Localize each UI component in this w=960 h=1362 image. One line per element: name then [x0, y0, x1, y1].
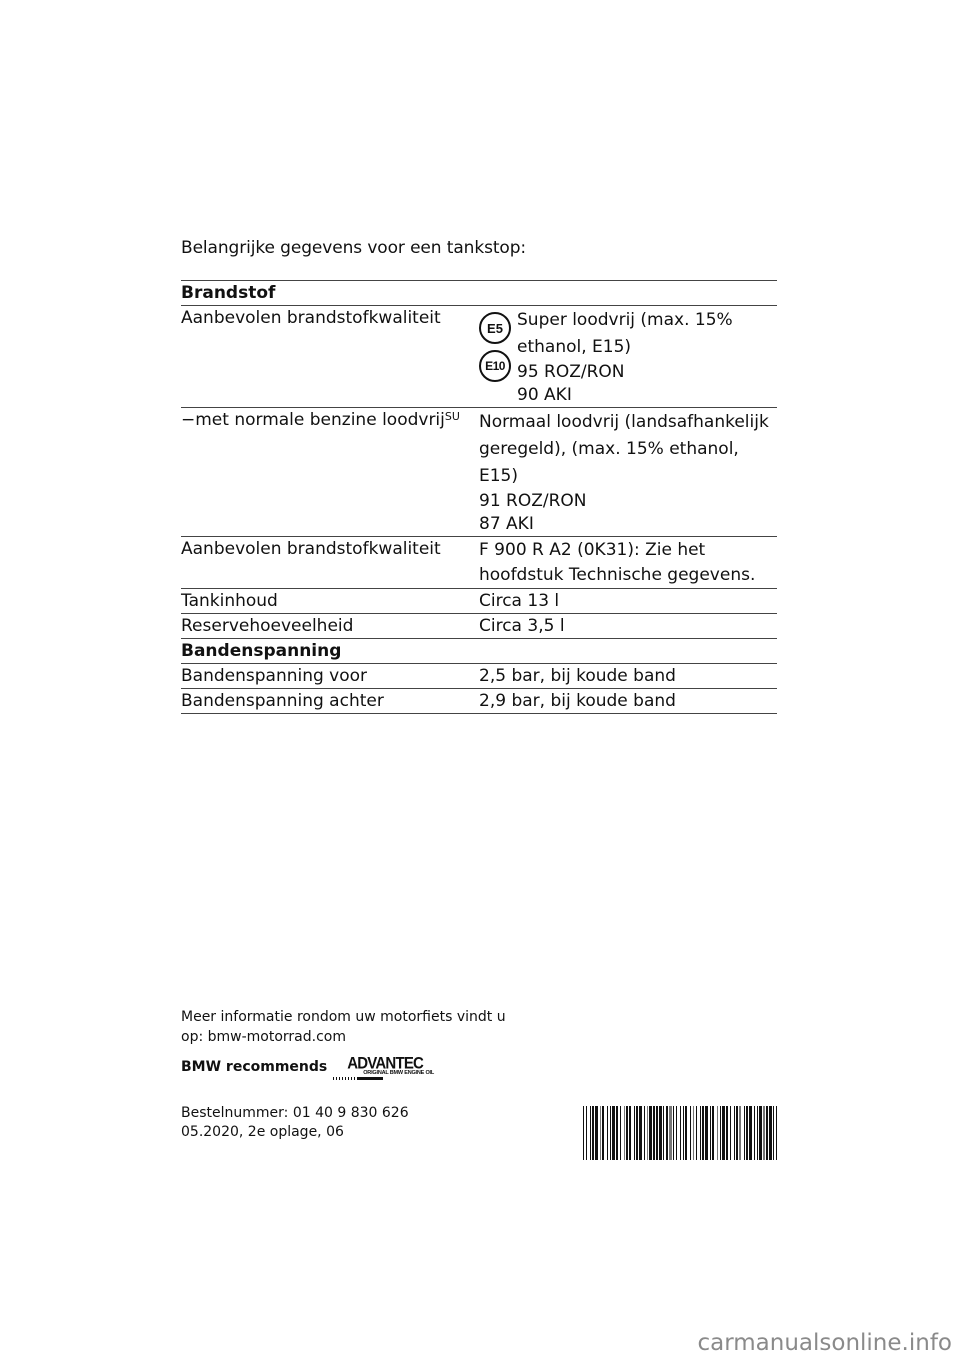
- recommends-text: BMW recommends: [181, 1059, 327, 1075]
- row-value: E5 E10 Super loodvrij (max. 15% ethanol,…: [479, 306, 777, 407]
- row-value: F 900 R A2 (0K31): Zie het hoofdstuk Tec…: [479, 537, 777, 588]
- section-heading: Bandenspanning: [181, 639, 341, 663]
- section-heading-tyre: Bandenspanning: [181, 639, 777, 664]
- row-label: −met normale benzine loodvrijSU: [181, 408, 479, 536]
- table-row: Tankinhoud Circa 13 l: [181, 589, 777, 614]
- more-info: Meer informatie rondom uw motorfiets vin…: [181, 1007, 506, 1047]
- advantec-logo: ADVANTEC ORIGINAL BMW ENGINE OIL: [333, 1055, 443, 1083]
- row-label: Bandenspanning voor: [181, 664, 479, 688]
- table-row: Bandenspanning achter 2,9 bar, bij koude…: [181, 689, 777, 714]
- table-row: −met normale benzine loodvrijSU Normaal …: [181, 408, 777, 537]
- info-line-url: op: bmw-motorrad.com: [181, 1027, 506, 1047]
- row-label: Tankinhoud: [181, 589, 479, 613]
- section-heading: Brandstof: [181, 281, 275, 305]
- e5-fuel-icon: E5: [479, 312, 511, 344]
- table-row: Aanbevolen brandstofkwaliteit E5 E10 Sup…: [181, 306, 777, 408]
- advantec-subtitle: ORIGINAL BMW ENGINE OIL: [363, 1070, 434, 1076]
- value-line: Super loodvrij (max. 15%: [517, 307, 733, 334]
- row-value: Normaal loodvrij (landsafhankelijk gereg…: [479, 408, 777, 536]
- order-info: Bestelnummer: 01 40 9 830 626 05.2020, 2…: [181, 1104, 409, 1142]
- table-row: Reservehoeveelheid Circa 3,5 l: [181, 614, 777, 639]
- row-label: Aanbevolen brandstofkwaliteit: [181, 537, 479, 588]
- value-line: E15): [479, 463, 777, 490]
- edition-info: 05.2020, 2e oplage, 06: [181, 1123, 409, 1142]
- fuel-badges: E5 E10: [479, 307, 521, 407]
- value-line: ethanol, E15): [517, 334, 733, 361]
- row-value: Circa 3,5 l: [479, 614, 777, 638]
- table-row: Aanbevolen brandstofkwaliteit F 900 R A2…: [181, 537, 777, 589]
- value-line: hoofdstuk Technische gegevens.: [479, 563, 777, 588]
- value-line: F 900 R A2 (0K31): Zie het: [479, 538, 777, 563]
- info-line: Meer informatie rondom uw motorfiets vin…: [181, 1007, 506, 1027]
- fuel-data-table: Brandstof Aanbevolen brandstofkwaliteit …: [181, 280, 777, 714]
- barcode-icon: [583, 1106, 777, 1160]
- value-line: 90 AKI: [517, 384, 733, 407]
- e10-fuel-icon: E10: [479, 350, 511, 382]
- row-label-text: −met normale benzine loodvrij: [181, 410, 445, 430]
- footnote-marker: SU: [445, 410, 460, 423]
- fuel-description: Super loodvrij (max. 15% ethanol, E15) 9…: [517, 307, 733, 407]
- intro-text: Belangrijke gegevens voor een tankstop:: [181, 238, 526, 258]
- logo-stripe: [357, 1077, 383, 1080]
- section-heading-fuel: Brandstof: [181, 281, 777, 306]
- oil-recommendation: BMW recommends ADVANTEC ORIGINAL BMW ENG…: [181, 1055, 443, 1083]
- value-line: 87 AKI: [479, 513, 777, 536]
- value-line: geregeld), (max. 15% ethanol,: [479, 436, 777, 463]
- row-value: 2,5 bar, bij koude band: [479, 664, 777, 688]
- row-value: Circa 13 l: [479, 589, 777, 613]
- row-value: 2,9 bar, bij koude band: [479, 689, 777, 713]
- row-label: Aanbevolen brandstofkwaliteit: [181, 306, 479, 407]
- value-line: 95 ROZ/RON: [517, 361, 733, 384]
- row-label: Bandenspanning achter: [181, 689, 479, 713]
- watermark: carmanualsonline.info: [697, 1330, 952, 1356]
- table-row: Bandenspanning voor 2,5 bar, bij koude b…: [181, 664, 777, 689]
- value-line: 91 ROZ/RON: [479, 490, 777, 513]
- value-line: Normaal loodvrij (landsafhankelijk: [479, 409, 777, 436]
- row-label: Reservehoeveelheid: [181, 614, 479, 638]
- order-number: Bestelnummer: 01 40 9 830 626: [181, 1104, 409, 1123]
